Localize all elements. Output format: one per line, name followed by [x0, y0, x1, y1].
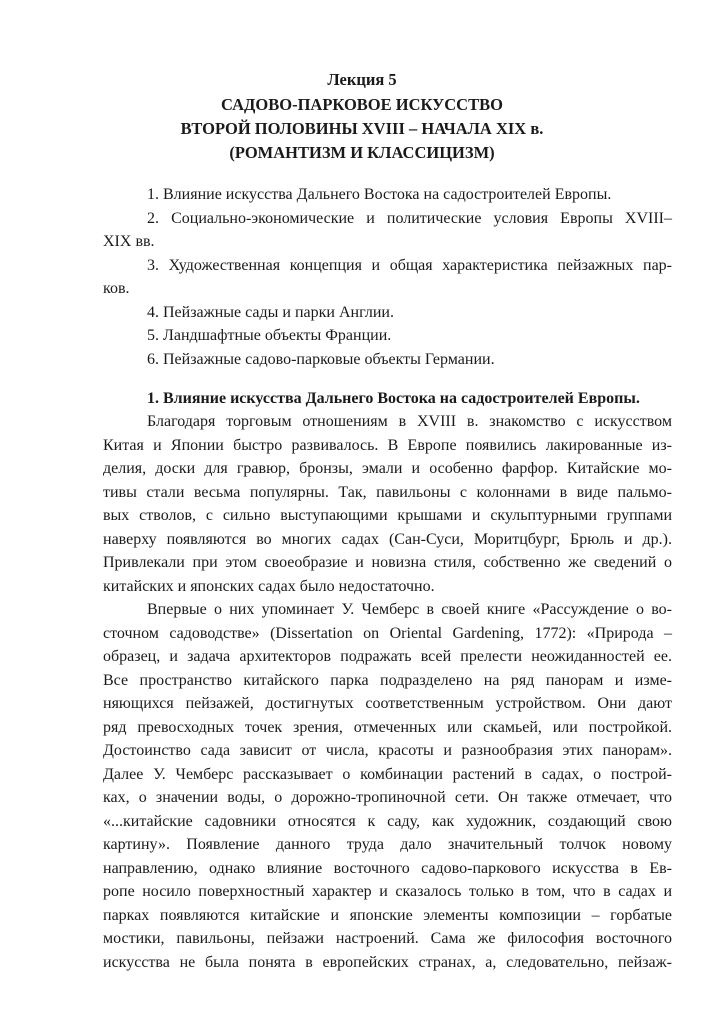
- paragraph-line: образец, и задача архитекторов подражать…: [103, 647, 672, 667]
- paragraph-line: направлению, однако влияние восточного с…: [103, 859, 672, 879]
- outline-item-3-cont: ков.: [103, 279, 672, 299]
- section-heading: 1. Влияние искусства Дальнего Востока на…: [147, 389, 672, 409]
- paragraph-line: Все пространство китайского парка подраз…: [103, 671, 672, 691]
- outline-item-3: 3. Художественная концепция и общая хара…: [147, 256, 672, 276]
- paragraph-line: мостики, павильоны, пейзажи настроений. …: [103, 929, 672, 949]
- paragraph-line: тивы стали весьма популярны. Так, павиль…: [103, 483, 672, 503]
- outline-item-2-cont: XIX вв.: [103, 232, 672, 252]
- paragraph-line: сточном садоводстве» (Dissertation on Or…: [103, 624, 672, 644]
- outline-item-4: 4. Пейзажные сады и парки Англии.: [147, 303, 672, 323]
- title-line-3: (РОМАНТИЗМ И КЛАССИЦИЗМ): [0, 143, 724, 163]
- paragraph-line: Привлекали при этом своеобразие и новизн…: [103, 553, 672, 573]
- paragraph-line: Благодаря торговым отношениям в XVIII в.…: [147, 412, 672, 432]
- title-line-2: ВТОРОЙ ПОЛОВИНЫ XVIII – НАЧАЛА XIX в.: [0, 119, 724, 139]
- paragraph-line: ках, о значении воды, о дорожно-тропиноч…: [103, 788, 672, 808]
- outline-item-1: 1. Влияние искусства Дальнего Востока на…: [147, 185, 672, 205]
- paragraph-line: няющихся пейзажей, достигнутых соответст…: [103, 694, 672, 714]
- paragraph-line: Впервые о них упоминает У. Чемберс в сво…: [147, 600, 672, 620]
- title-line-1: САДОВО-ПАРКОВОЕ ИСКУССТВО: [0, 95, 724, 115]
- paragraph-line: Достоинство сада зависит от числа, красо…: [103, 741, 672, 761]
- outline-item-5: 5. Ландшафтные объекты Франции.: [147, 326, 672, 346]
- paragraph-line: «...китайские садовники относятся к саду…: [103, 812, 672, 832]
- paragraph-line: картину». Появление данного труда дало з…: [103, 835, 672, 855]
- document-page: Лекция 5 САДОВО-ПАРКОВОЕ ИСКУССТВО ВТОРО…: [0, 0, 724, 1024]
- paragraph-line: Далее У. Чемберс рассказывает о комбинац…: [103, 765, 672, 785]
- paragraph-line: ропе носило поверхностный характер и ска…: [103, 882, 672, 902]
- outline-item-2: 2. Социально-экономические и политически…: [147, 209, 672, 229]
- paragraph-line: Китая и Японии быстро развивалось. В Евр…: [103, 436, 672, 456]
- paragraph-line: искусства не была понята в европейских с…: [103, 953, 672, 973]
- paragraph-line: вых стволов, с сильно выступающими крыша…: [103, 506, 672, 526]
- outline-item-6: 6. Пейзажные садово-парковые объекты Гер…: [147, 350, 672, 370]
- paragraph-line: китайских и японских садах было недостат…: [103, 577, 672, 597]
- paragraph-line: делия, доски для гравюр, бронзы, эмали и…: [103, 459, 672, 479]
- paragraph-line: ряд превосходных точек зрения, отмеченны…: [103, 718, 672, 738]
- paragraph-line: парках появляются китайские и японские э…: [103, 906, 672, 926]
- lecture-label: Лекция 5: [0, 70, 724, 90]
- paragraph-line: наверху появляются во многих садах (Сан-…: [103, 530, 672, 550]
